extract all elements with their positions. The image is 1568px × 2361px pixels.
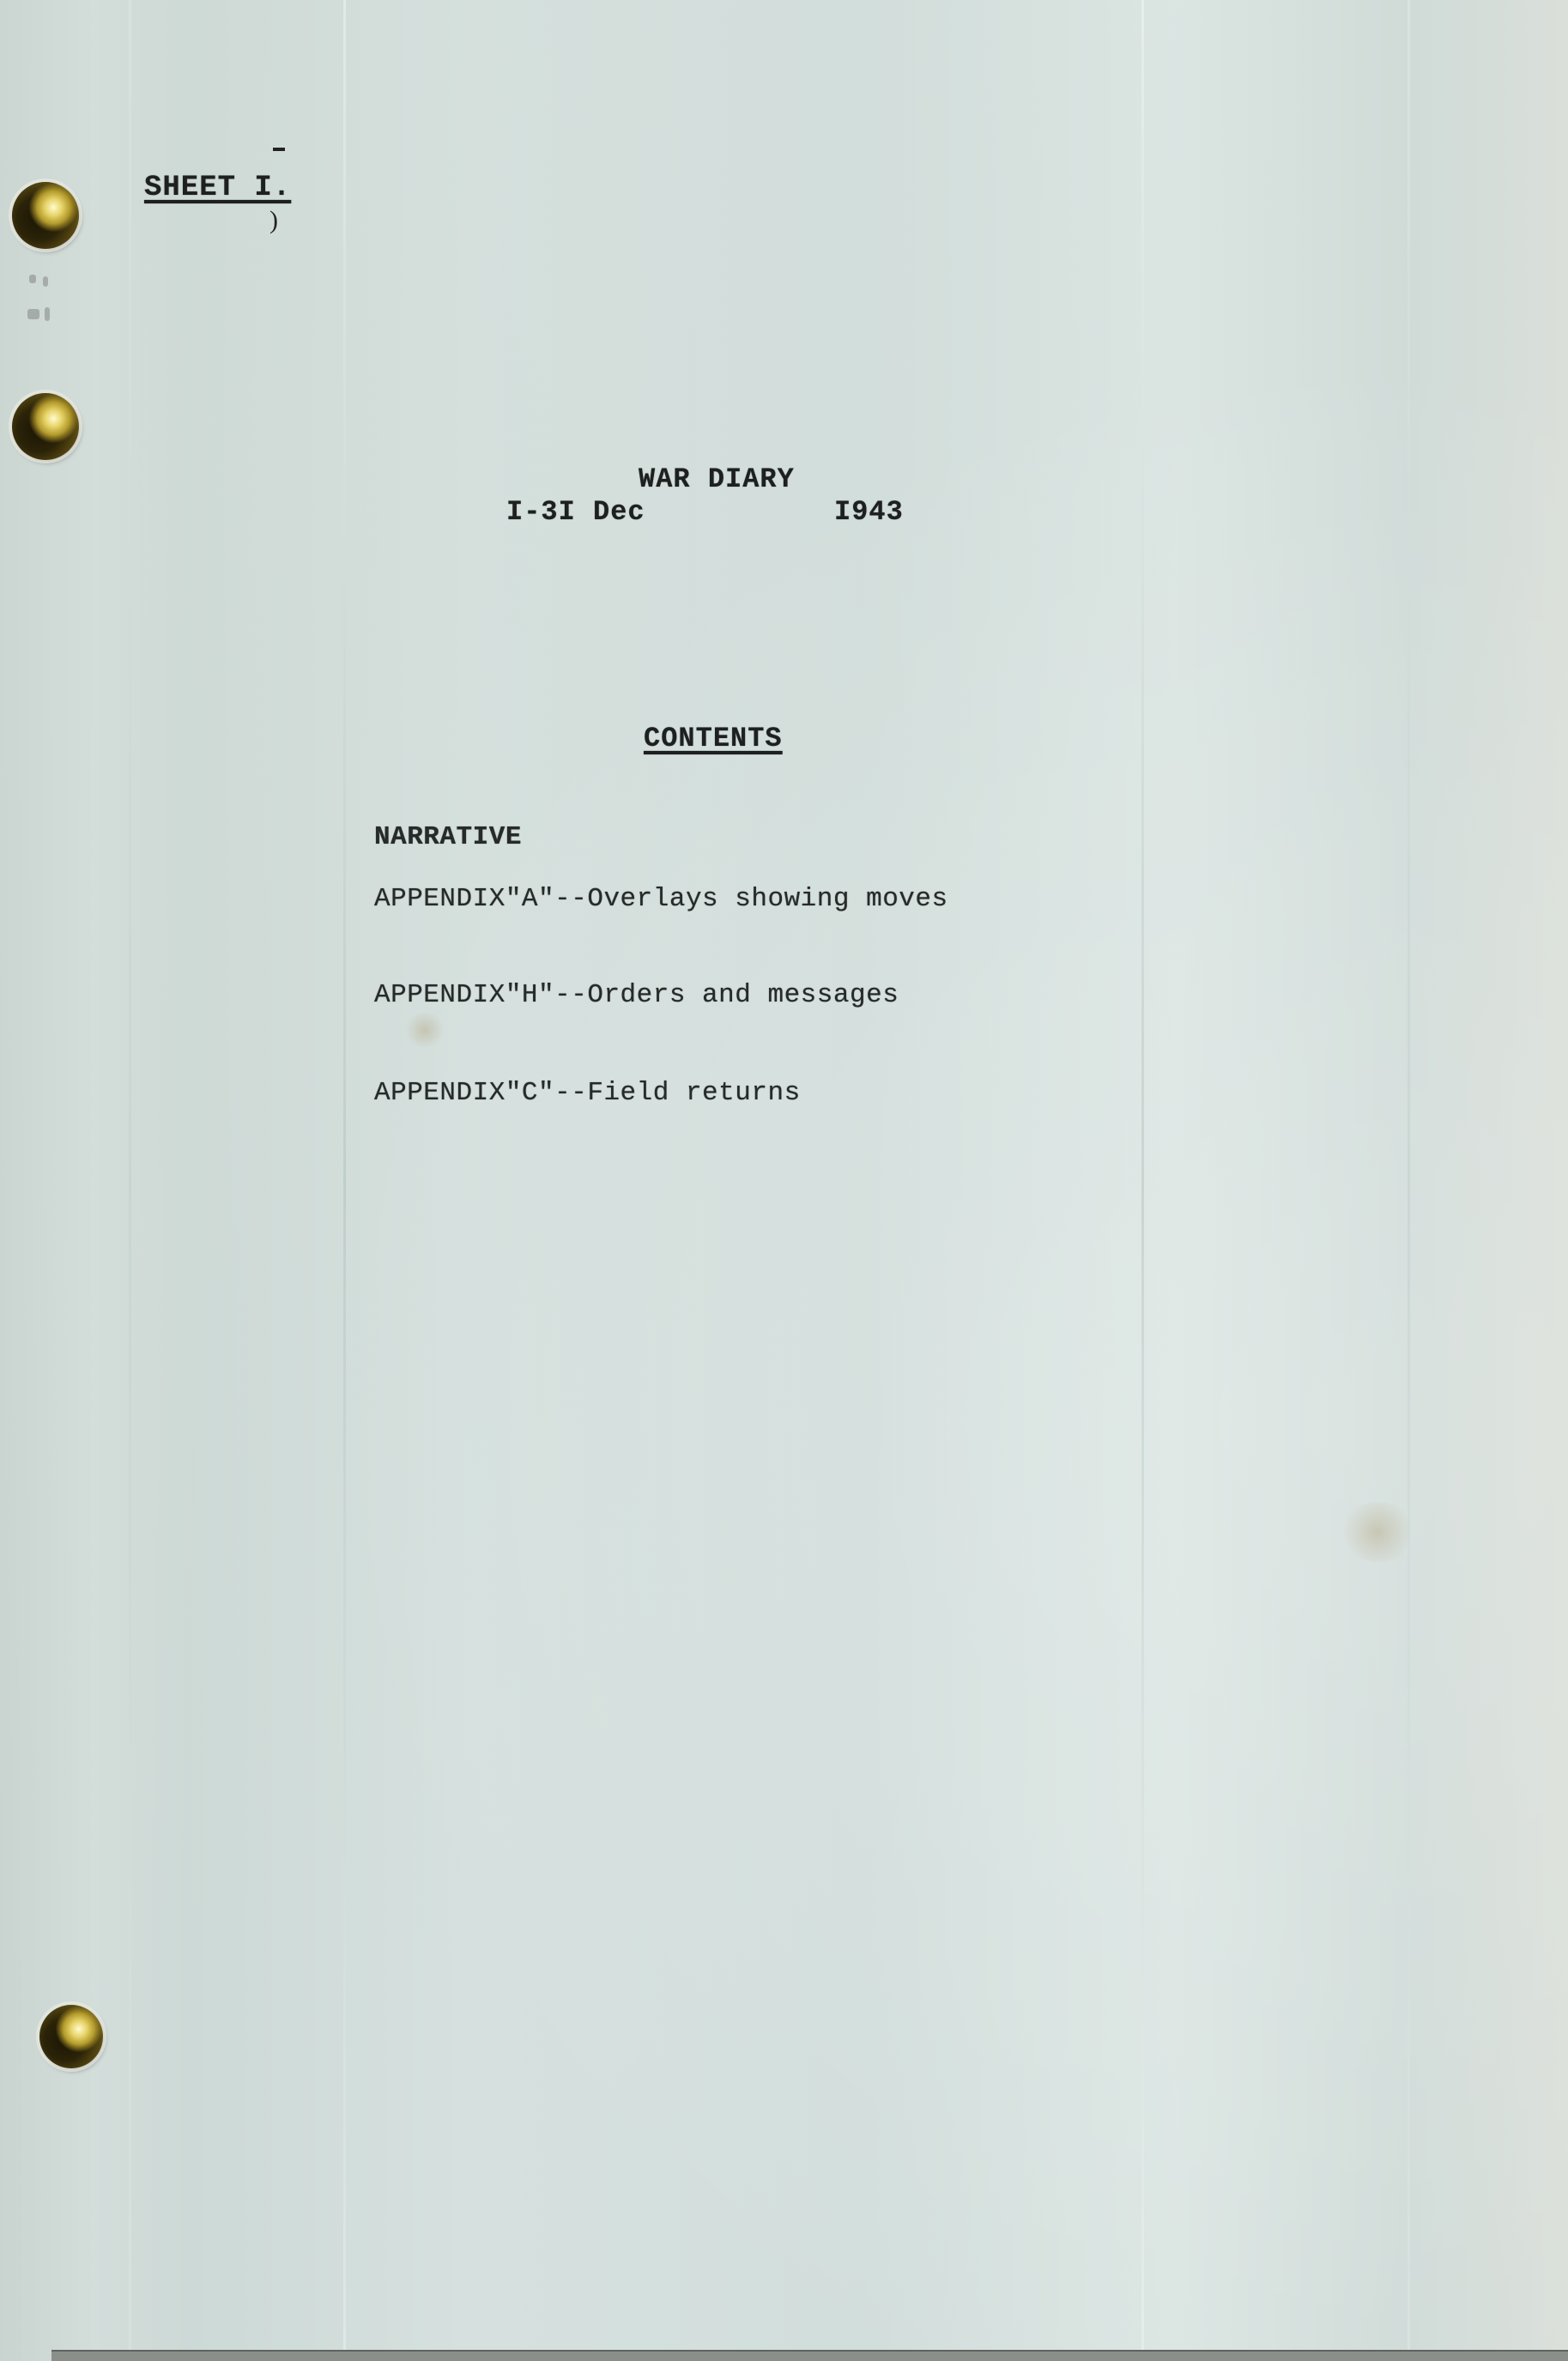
brass-fastener-icon (12, 182, 79, 249)
paper-stain (403, 1013, 446, 1047)
document-period: I-3I Dec (506, 496, 645, 528)
contents-item-appendix-a: APPENDIX"A"--Overlays showing moves (374, 884, 948, 914)
brass-fastener-icon (39, 2005, 103, 2068)
paper-crease (129, 0, 131, 2361)
sheet-label: SHEET I. (144, 172, 291, 204)
contents-heading: CONTENTS (644, 723, 783, 754)
document-year: I943 (834, 496, 904, 528)
paper-crease (1408, 0, 1410, 2361)
paper-crease (1141, 0, 1144, 2361)
brass-fastener-icon (12, 393, 79, 460)
contents-item-narrative: NARRATIVE (374, 822, 522, 852)
paper-bottom-edge (51, 2350, 1568, 2361)
paper-crease (343, 0, 346, 2361)
document-title: WAR DIARY (639, 463, 795, 495)
contents-item-appendix-b: APPENDIX"H"--Orders and messages (374, 980, 899, 1010)
handwritten-mark: ) (269, 206, 278, 235)
binding-marks (24, 275, 58, 335)
paper-stain (1339, 1502, 1416, 1562)
paper-sheet: SHEET I. ) WAR DIARY I-3I Dec I943 CONTE… (0, 0, 1568, 2361)
contents-item-appendix-c: APPENDIX"C"--Field returns (374, 1078, 801, 1108)
sheet-overline-mark (273, 148, 285, 151)
